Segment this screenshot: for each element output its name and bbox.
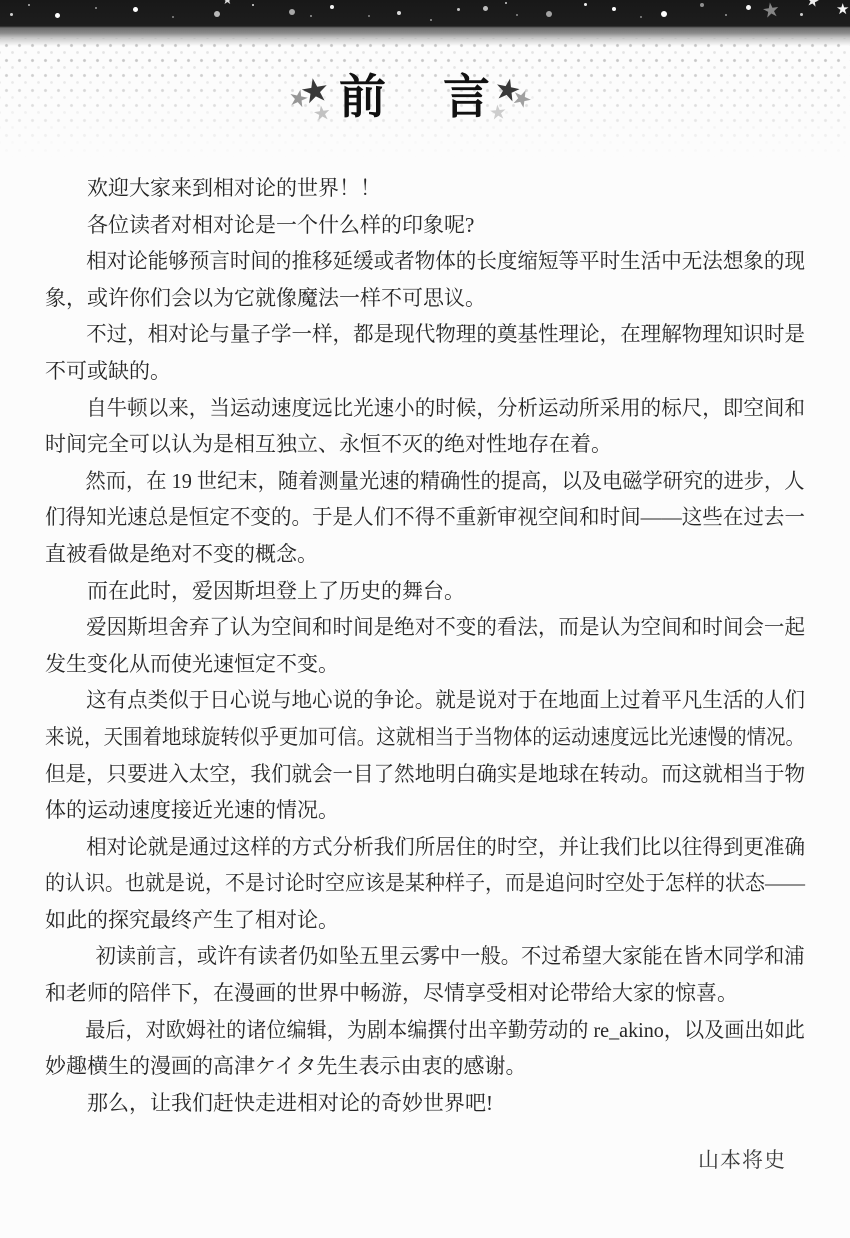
sky-star-dot [368, 15, 370, 17]
star-icon: ★ [488, 101, 508, 122]
sky-star-dot [95, 7, 97, 9]
sky-star-dot [397, 11, 401, 15]
sky-star-dot [133, 7, 138, 12]
author-signature: 山本将史 [698, 1144, 786, 1174]
text-line: 这有点类似于日心说与地心说的争论。就是说对于在地面上过着平凡生活的人们 [45, 682, 788, 719]
sky-star-dot [28, 4, 30, 6]
text-line: 欢迎大家来到相对论的世界！！ [45, 170, 805, 207]
text-line: 如此的探究最终产生了相对论。 [45, 902, 805, 939]
preface-text: 欢迎大家来到相对论的世界！！各位读者对相对论是一个什么样的印象呢?相对论能够预言… [45, 170, 805, 1121]
sky-star-dot [483, 6, 488, 11]
text-line: 而在此时，爱因斯坦登上了历史的舞台。 [45, 573, 805, 610]
sky-star-dot [546, 11, 552, 17]
sky-star-dot [289, 9, 295, 15]
text-line: 的认识。也就是说，不是讨论时空应该是某种样子，而是追问时空处于怎样的状态—— [45, 865, 769, 902]
text-line: 们得知光速总是恒定不变的。于是人们不得不重新审视空间和时间——这些在过去一 [45, 499, 788, 536]
text-line: 来说，天围着地球旋转似乎更加可信。这就相当于当物体的运动速度远比光速慢的情况。 [45, 719, 750, 756]
sky-star-dot [612, 7, 616, 11]
sky-star-dot [516, 14, 518, 16]
sky-star-dot [640, 16, 642, 18]
star-icon: ★ [805, 0, 821, 10]
sky-star-dot [10, 13, 13, 16]
text-line: 发生变化从而使光速恒定不变。 [45, 646, 805, 683]
star-icon: ★ [836, 2, 849, 17]
title-row: 前 言 [0, 74, 850, 121]
sky-star-dot [55, 13, 60, 18]
star-icon: ★ [761, 0, 782, 21]
text-line: 各位读者对相对论是一个什么样的印象呢? [45, 207, 805, 244]
page-title: 前 言 [339, 74, 495, 121]
text-line: 相对论就是通过这样的方式分析我们所居住的时空，并让我们比以往得到更准确 [45, 829, 788, 866]
sky-star-dot [310, 15, 312, 17]
star-icon: ★ [222, 0, 233, 6]
text-line: 直被看做是绝对不变的概念。 [45, 536, 805, 573]
text-line: 不可或缺的。 [45, 353, 805, 390]
sky-star-dot [457, 8, 460, 11]
text-line: 和老师的陪伴下，在漫画的世界中畅游，尽情享受相对论带给大家的惊喜。 [45, 975, 805, 1012]
sky-star-dot [661, 11, 667, 17]
sky-star-dot [505, 2, 507, 4]
text-line: 最后，对欧姆社的诸位编辑，为剧本编撰付出辛勤劳动的 re_akino，以及画出如… [45, 1012, 773, 1049]
sky-star-dot [214, 11, 220, 17]
text-line: 初读前言，或许有读者仍如坠五里云雾中一般。不过希望大家能在皆木同学和浦 [45, 938, 778, 975]
text-line: 自牛顿以来，当运动速度远比光速小的时候，分析运动所采用的标尺，即空间和 [45, 390, 788, 427]
text-line: 妙趣横生的漫画的高津ケイタ先生表示由衷的感谢。 [45, 1048, 805, 1085]
sky-star-dot [252, 4, 254, 6]
sky-star-dot [746, 5, 751, 10]
sky-star-dot [700, 3, 704, 7]
sky-star-dot [430, 19, 432, 21]
text-line: 但是，只要进入太空，我们就会一目了然地明白确实是地球在转动。而这就相当于物 [45, 756, 788, 793]
book-page: ★★★★ 前 言 欢迎大家来到相对论的世界！！各位读者对相对论是一个什么样的印象… [0, 0, 850, 1238]
text-line: 体的运动速度接近光速的情况。 [45, 792, 805, 829]
text-line: 象，或许你们会以为它就像魔法一样不可思议。 [45, 280, 805, 317]
text-line: 爱因斯坦舍弃了认为空间和时间是绝对不变的看法，而是认为空间和时间会一起 [45, 609, 788, 646]
text-line: 不过，相对论与量子学一样，都是现代物理的奠基性理论，在理解物理知识时是 [45, 316, 788, 353]
star-icon: ★ [312, 102, 333, 124]
sky-star-dot [800, 13, 803, 16]
text-line: 那么，让我们赶快走进相对论的奇妙世界吧! [45, 1085, 805, 1122]
sky-star-dot [330, 5, 334, 9]
sky-star-dot [584, 3, 587, 6]
sky-star-dot [725, 14, 727, 16]
text-line: 然而，在 19 世纪末，随着测量光速的精确性的提高，以及电磁学研究的进步，人 [45, 463, 778, 500]
sky-star-dot [172, 16, 174, 18]
text-line: 相对论能够预言时间的推移延缓或者物体的长度缩短等平时生活中无法想象的现 [45, 243, 788, 280]
text-line: 时间完全可以认为是相互独立、永恒不灭的绝对性地存在着。 [45, 426, 805, 463]
